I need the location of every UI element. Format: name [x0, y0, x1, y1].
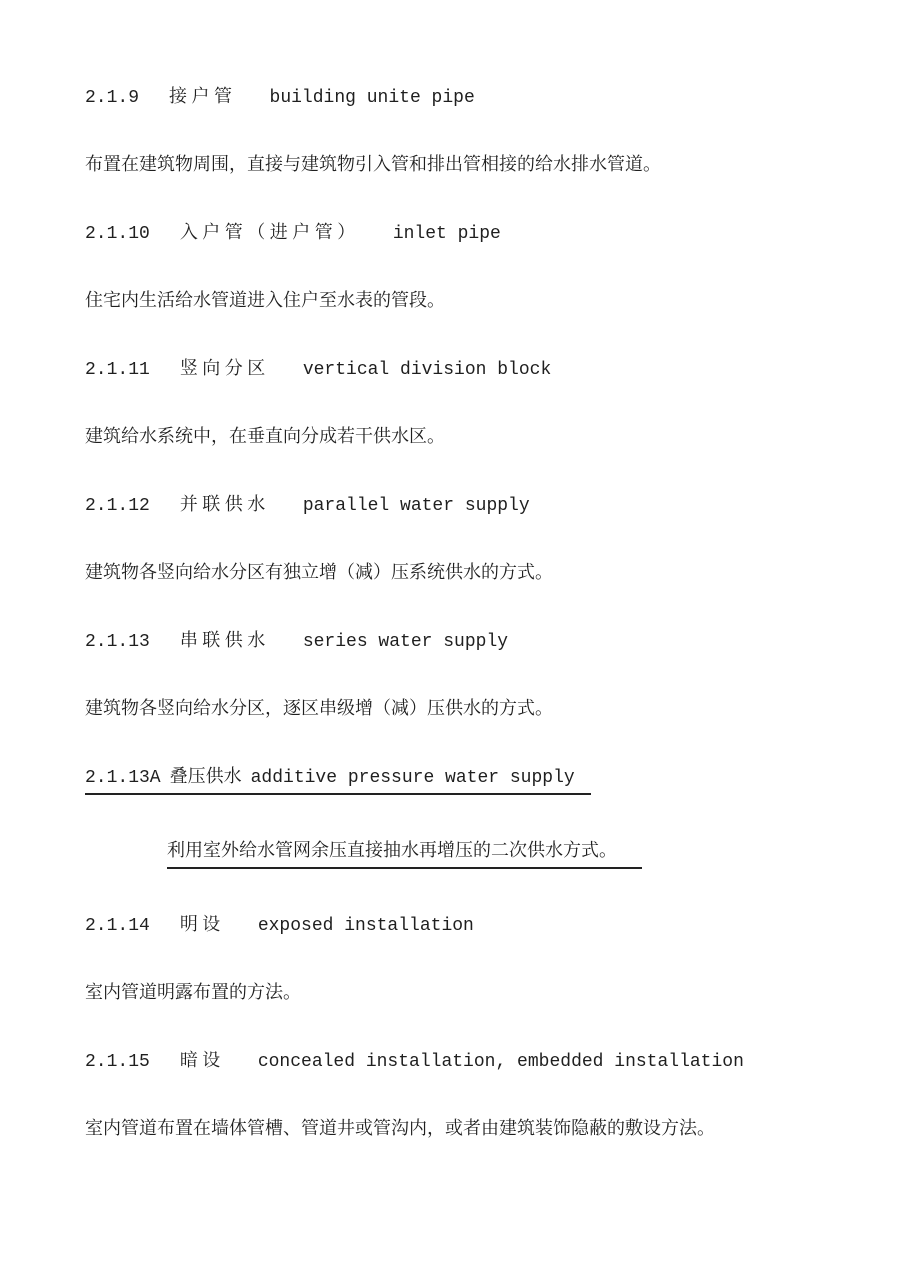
term-entry: 2.1.10入户管（进户管）inlet pipe [85, 224, 501, 245]
document-page: 2.1.9接户管building unite pipe布置在建筑物周围，直接与建… [0, 0, 900, 1273]
term-number: 2.1.15 [85, 1052, 150, 1073]
term-english: series water supply [303, 632, 508, 653]
definition-line: 建筑物各竖向给水分区，逐区串级增（减）压供水的方式。 [85, 700, 553, 721]
term-chinese: 竖向分区 [180, 360, 270, 381]
term-entry: 2.1.9接户管building unite pipe [85, 88, 475, 109]
term-number: 2.1.9 [85, 88, 139, 109]
term-number: 2.1.13A [85, 768, 161, 789]
term-chinese: 并联供水 [180, 496, 270, 517]
term-entry: 2.1.14明设exposed installation [85, 916, 474, 937]
definition-line: 住宅内生活给水管道进入住户至水表的管段。 [85, 292, 445, 313]
term-number: 2.1.12 [85, 496, 150, 517]
term-number: 2.1.14 [85, 916, 150, 937]
definition-line: 布置在建筑物周围，直接与建筑物引入管和排出管相接的给水排水管道。 [85, 156, 661, 177]
term-english: exposed installation [258, 916, 474, 937]
definition-line: 室内管道布置在墙体管槽、管道井或管沟内，或者由建筑装饰隐蔽的敷设方法。 [85, 1120, 715, 1141]
term-entry: 2.1.13串联供水series water supply [85, 632, 508, 653]
term-number: 2.1.13 [85, 632, 150, 653]
term-english: vertical division block [303, 360, 551, 381]
term-entry: 2.1.11竖向分区vertical division block [85, 360, 551, 381]
term-number: 2.1.10 [85, 224, 150, 245]
terminology-section: 2.1.9接户管building unite pipe布置在建筑物周围，直接与建… [85, 88, 840, 1141]
term-chinese: 接户管 [169, 88, 237, 109]
term-chinese: 入户管（进户管） [180, 224, 360, 245]
term-english: concealed installation, embedded install… [258, 1052, 744, 1073]
term-entry: 2.1.13A叠压供水additive pressure water suppl… [85, 768, 591, 795]
term-number: 2.1.11 [85, 360, 150, 381]
definition-line: 室内管道明露布置的方法。 [85, 984, 301, 1005]
term-chinese: 叠压供水 [170, 768, 242, 789]
definition-line: 建筑给水系统中，在垂直向分成若干供水区。 [85, 428, 445, 449]
term-chinese: 明设 [180, 916, 225, 937]
term-english: additive pressure water supply [251, 768, 575, 789]
term-chinese: 串联供水 [180, 632, 270, 653]
term-entry: 2.1.15暗设concealed installation, embedded… [85, 1052, 744, 1073]
term-english: building unite pipe [270, 88, 475, 109]
term-chinese: 暗设 [180, 1052, 225, 1073]
term-english: inlet pipe [393, 224, 501, 245]
definition-line: 利用室外给水管网余压直接抽水再增压的二次供水方式。 [167, 842, 642, 869]
term-english: parallel water supply [303, 496, 530, 517]
definition-line: 建筑物各竖向给水分区有独立增（减）压系统供水的方式。 [85, 564, 553, 585]
term-entry: 2.1.12并联供水parallel water supply [85, 496, 530, 517]
